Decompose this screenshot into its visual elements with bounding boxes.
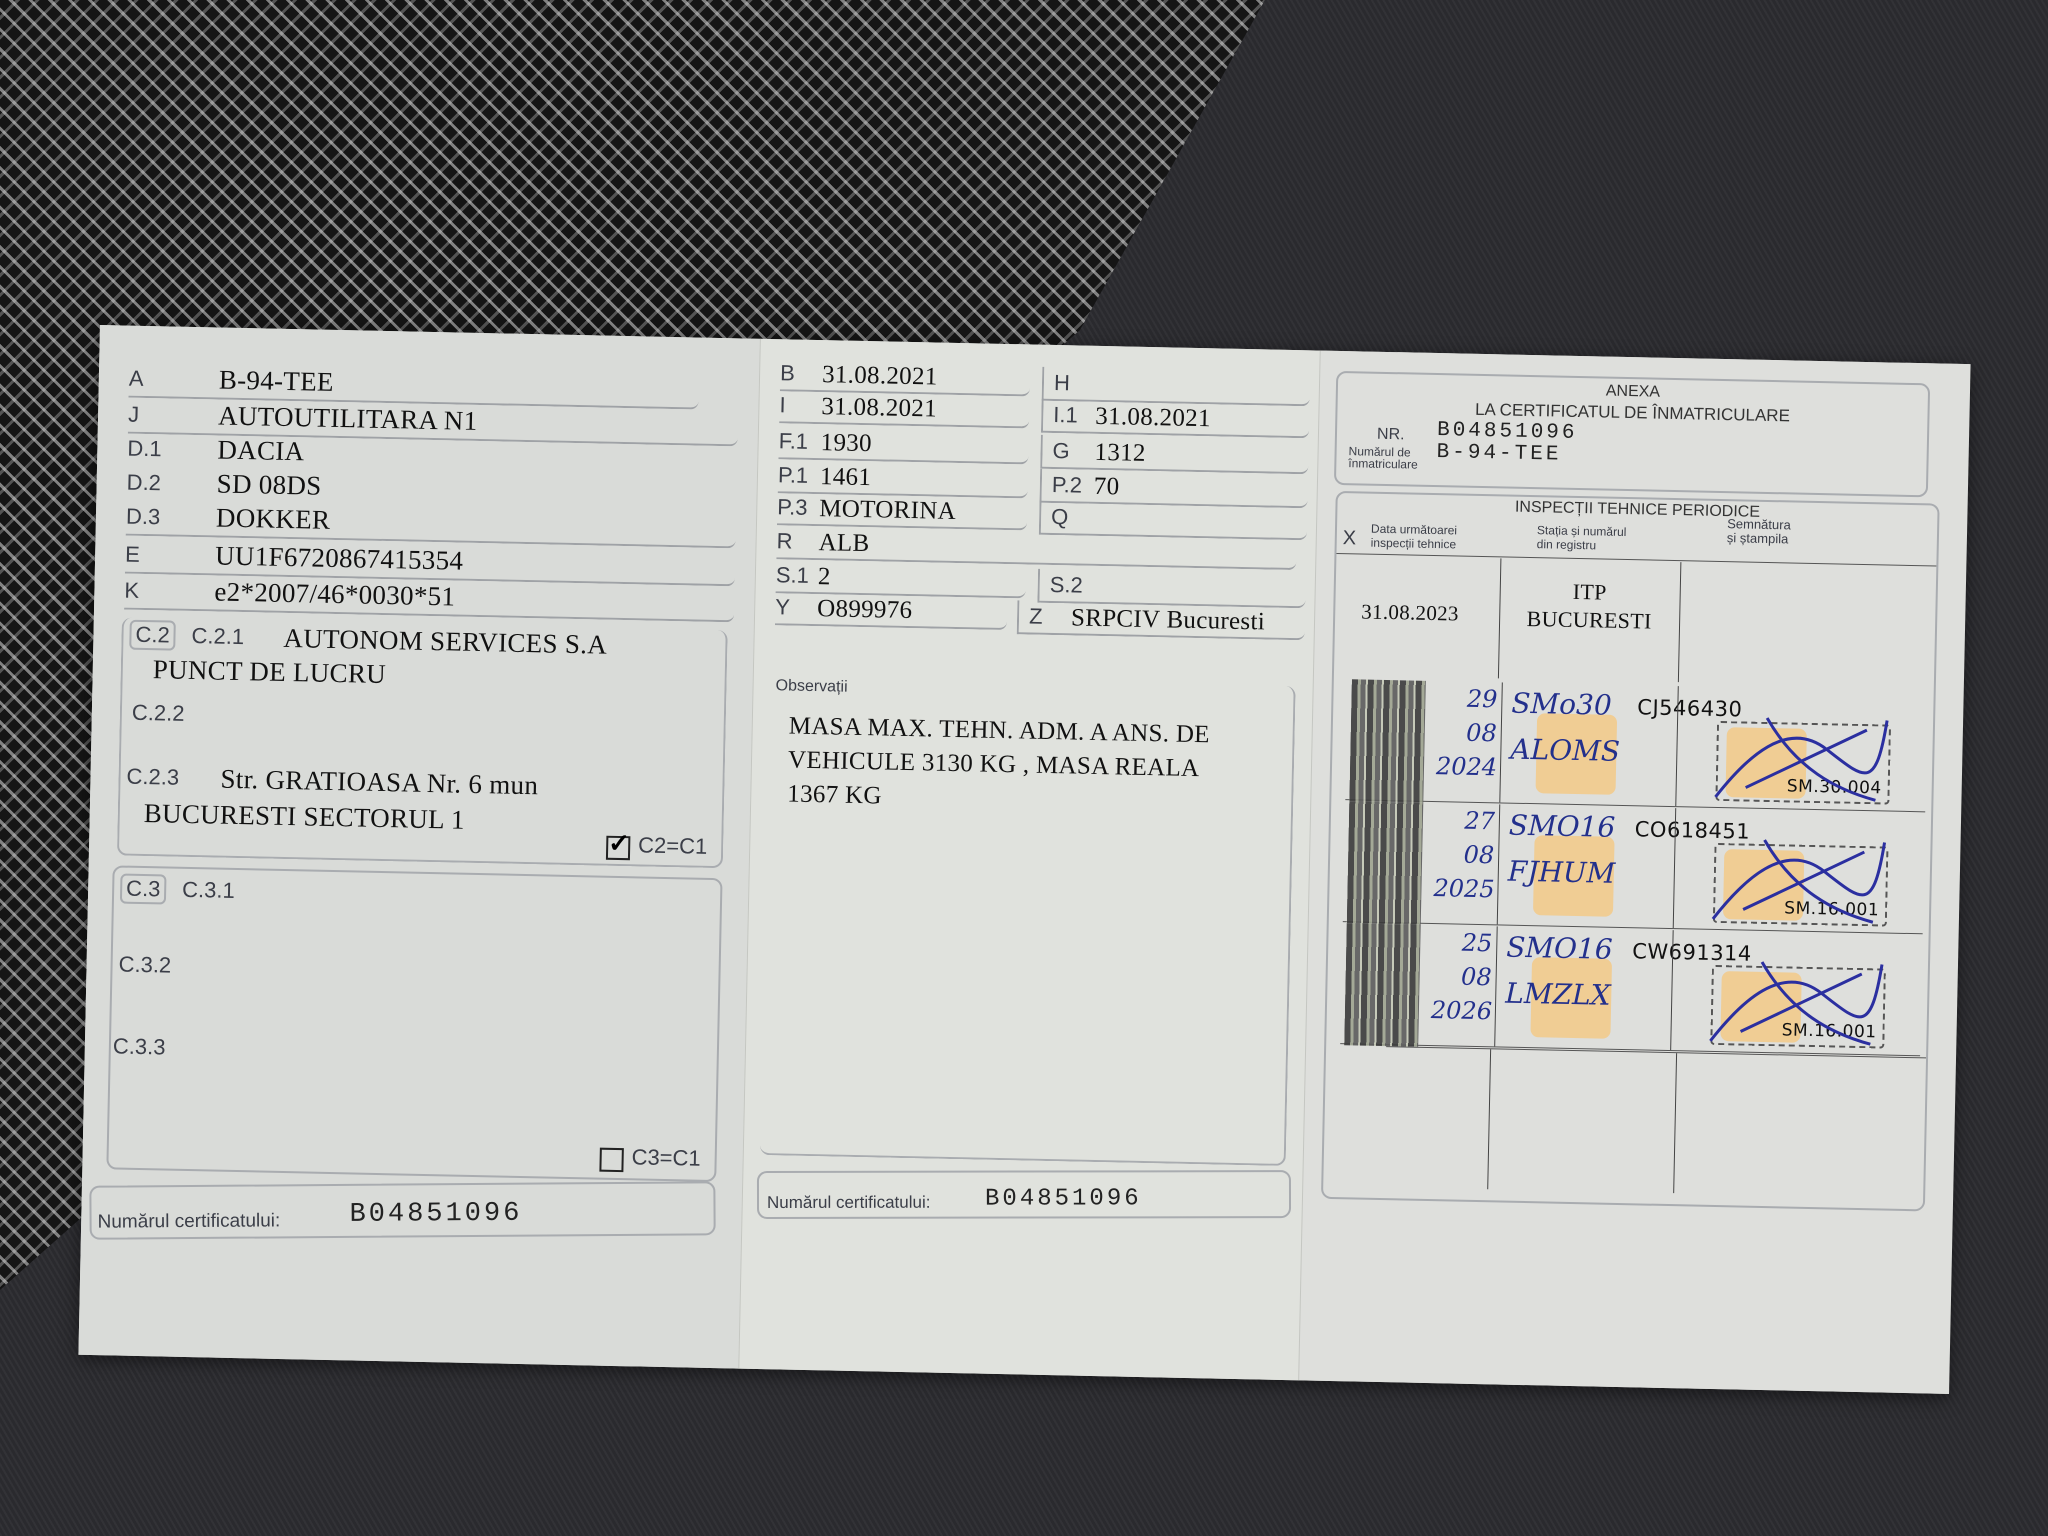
certificate-label: Numărul certificatului: <box>98 1210 281 1233</box>
observations-label: Observații <box>775 677 847 697</box>
next-inspection-date: 31.08.2023 <box>1361 599 1459 626</box>
field-value: O899976 <box>817 595 913 625</box>
field-code: D.3 <box>126 504 161 531</box>
field-code: P.2 <box>1052 472 1083 499</box>
field-code: P.1 <box>778 462 809 489</box>
field-code: D.1 <box>127 436 162 463</box>
handwritten-register-code: LMZLX <box>1505 977 1611 1012</box>
column-station: Stația și numărul din registru <box>1537 523 1627 553</box>
vehicle-category: AUTOUTILITARA N1 <box>218 400 478 436</box>
holder-section: C.2 C.2.1 AUTONOM SERVICES S.A PUNCT DE … <box>117 618 728 869</box>
field-value: SRPCIV Bucuresti <box>1071 604 1265 636</box>
handwritten-station-code: SMO16 <box>1508 809 1615 844</box>
field-code: C.3.1 <box>182 877 235 904</box>
holder-address-line2: BUCURESTI SECTORUL 1 <box>143 798 465 836</box>
field-code: G <box>1052 438 1070 464</box>
certificate-number-box: Numărul certificatului: B04851096 <box>89 1181 715 1239</box>
signature-icon <box>1705 697 1897 811</box>
checkbox-empty-icon[interactable] <box>599 1148 623 1172</box>
vehicle-field-row: I.131.08.2021 <box>1041 399 1310 439</box>
signature-icon <box>1700 941 1892 1055</box>
inspection-row-handwritten: 29082024SMo30ALOMSCJ546430SM.30.004 <box>1345 679 1927 812</box>
inspection-row-handwritten: 25082026SMO16LMZLXCW691314SM.16.001 <box>1340 923 1922 1056</box>
field-value: 31.08.2021 <box>821 393 937 423</box>
field-value: 1312 <box>1094 439 1146 468</box>
date-day: 29 <box>1437 681 1498 716</box>
field-code: D.2 <box>126 470 161 497</box>
date-month: 08 <box>1434 837 1495 872</box>
label-line: înmatriculare <box>1348 456 1418 471</box>
handwritten-date: 25082026 <box>1431 925 1493 1028</box>
field-value: 31.08.2021 <box>1095 403 1211 433</box>
field-code: Z <box>1029 604 1043 630</box>
c2-equals-c1-checkbox[interactable]: C2=C1 <box>606 832 708 862</box>
checkbox-label: C3=C1 <box>631 1145 701 1171</box>
field-code: Y <box>775 594 790 620</box>
date-day: 25 <box>1432 925 1493 960</box>
label-line: inspecții tehnice <box>1371 536 1457 552</box>
vehicle-field-row: P.3MOTORINA <box>777 491 1028 530</box>
column-signature-stamp: Semnătura și ștampila <box>1727 517 1791 546</box>
field-code: C.2.1 <box>191 623 244 650</box>
vehicle-field-row: G1312 <box>1040 435 1309 475</box>
handwritten-date: 27082025 <box>1433 803 1495 906</box>
field-code: Q <box>1051 504 1069 530</box>
inspection-row-empty <box>1383 1046 1926 1198</box>
field-code: S.1 <box>776 562 810 589</box>
column-divider <box>1497 804 1501 924</box>
owner-section: C.3 C.3.1 C.3.2 C.3.3 C3=C1 <box>106 865 722 1182</box>
field-code: F.1 <box>778 428 808 455</box>
field-code: C.3.3 <box>113 1033 166 1060</box>
column-divider <box>1499 682 1503 802</box>
station-line: BUCURESTI <box>1499 604 1680 636</box>
date-year: 2026 <box>1431 993 1492 1028</box>
date-month: 08 <box>1431 959 1492 994</box>
vehicle-field-row: I31.08.2021 <box>779 389 1030 428</box>
field-code: P.3 <box>777 494 808 521</box>
holder-name: AUTONOM SERVICES S.A <box>283 623 607 661</box>
nr-label: NR. <box>1377 426 1405 445</box>
certificate-number-box: Numărul certificatului: B04851096 <box>757 1170 1291 1219</box>
observations-text: MASA MAX. TEHN. ADM. A ANS. DE VEHICULE … <box>787 710 1210 821</box>
field-value: ALB <box>818 529 869 558</box>
field-code: A <box>129 366 144 392</box>
hologram-sticker <box>1349 679 1426 803</box>
certificate-number: B04851096 <box>349 1199 522 1230</box>
field-code: C.2.3 <box>126 764 179 791</box>
signature-icon <box>1703 819 1895 933</box>
hologram-sticker <box>1347 801 1424 925</box>
checkbox-label: C2=C1 <box>638 833 708 859</box>
vehicle-type: SD 08DS <box>216 468 322 501</box>
c3-equals-c1-checkbox[interactable]: C3=C1 <box>599 1144 701 1174</box>
inspections-table: INSPECȚII TEHNICE PERIODICE X Data următ… <box>1321 491 1940 1211</box>
type-approval-number: e2*2007/46*0030*51 <box>214 576 455 612</box>
column-x: X <box>1343 527 1357 550</box>
certificate-label: Numărul certificatului: <box>767 1193 930 1213</box>
hologram-sticker <box>1344 923 1421 1047</box>
station-line: ITP <box>1499 576 1680 608</box>
field-code: C.2.2 <box>132 700 185 727</box>
checkbox-checked-icon[interactable] <box>606 836 630 860</box>
section-code: C.2 <box>129 620 176 651</box>
observations-box: Observații MASA MAX. TEHN. ADM. A ANS. D… <box>760 675 1296 1166</box>
field-code: J <box>128 402 140 428</box>
registration-label: Numărul de înmatriculare <box>1348 445 1418 470</box>
field-value: 1461 <box>820 463 872 492</box>
field-value: 2 <box>818 563 831 591</box>
station-name: ITP BUCURESTI <box>1499 576 1680 636</box>
inspection-row-printed: 31.08.2023 ITP BUCURESTI <box>1334 555 1936 688</box>
field-code: E <box>125 542 140 568</box>
registration-certificate-document: A B-94-TEE J AUTOUTILITARA N1 D.1 DACIA … <box>78 325 1969 1394</box>
date-day: 27 <box>1435 803 1496 838</box>
field-code: R <box>776 528 792 554</box>
handwritten-register-code: ALOMS <box>1510 733 1620 768</box>
handwritten-register-code: FJHUM <box>1508 855 1616 890</box>
column-next-inspection-date: Data următoarei inspecții tehnice <box>1371 522 1458 552</box>
date-month: 08 <box>1436 715 1497 750</box>
annex-header: ANEXA LA CERTIFICATUL DE ÎNMATRICULARE N… <box>1334 371 1930 497</box>
owner-panel: A B-94-TEE J AUTOUTILITARA N1 D.1 DACIA … <box>78 325 759 1369</box>
handwritten-station-code: SMO16 <box>1506 931 1613 966</box>
certificate-number: B04851096 <box>985 1185 1142 1212</box>
inspections-title: INSPECȚII TEHNICE PERIODICE <box>1337 495 1937 526</box>
vin-number: UU1F6720867415354 <box>215 540 464 576</box>
vehicle-make: DACIA <box>217 434 305 467</box>
vehicle-data-panel: B31.08.2021HI31.08.2021I.131.08.2021F.11… <box>738 339 1320 1381</box>
field-code: I <box>779 392 786 418</box>
vehicle-model: DOKKER <box>216 502 331 535</box>
field-code: S.2 <box>1049 572 1083 599</box>
field-value: MOTORINA <box>819 495 956 526</box>
field-value: 70 <box>1094 473 1120 502</box>
annex-plate-number: B-94-TEE <box>1436 441 1561 467</box>
holder-address: Str. GRATIOASA Nr. 6 mun <box>220 764 538 802</box>
column-divider <box>1487 1049 1491 1189</box>
vehicle-field-row: YO899976 <box>775 591 1008 630</box>
field-code: C.3.2 <box>118 952 171 979</box>
vehicle-field-row: ZSRPCIV Bucuresti <box>1017 600 1306 640</box>
column-divider <box>1494 926 1498 1046</box>
inspection-row-handwritten: 27082025SMO16FJHUMCO618451SM.16.001 <box>1343 801 1925 934</box>
section-code: C.3 <box>120 874 167 905</box>
field-value: 1930 <box>820 429 872 458</box>
field-value: 31.08.2021 <box>822 361 938 391</box>
label-line: și ștampila <box>1727 530 1789 546</box>
field-code: I.1 <box>1053 402 1078 429</box>
column-divider <box>1673 1053 1677 1193</box>
field-code: H <box>1054 370 1070 396</box>
handwritten-date: 29082024 <box>1436 681 1498 784</box>
date-year: 2025 <box>1433 871 1494 906</box>
date-year: 2024 <box>1436 749 1497 784</box>
label-line: din registru <box>1537 537 1597 552</box>
field-code: K <box>124 578 139 604</box>
plate-number: B-94-TEE <box>219 365 334 398</box>
handwritten-station-code: SMo30 <box>1511 687 1612 722</box>
field-code: B <box>780 360 795 386</box>
vehicle-field-row: F.11930 <box>778 425 1029 464</box>
holder-name-line2: PUNCT DE LUCRU <box>152 654 386 690</box>
technical-inspection-annex-panel: ANEXA LA CERTIFICATUL DE ÎNMATRICULARE N… <box>1298 351 1970 1394</box>
